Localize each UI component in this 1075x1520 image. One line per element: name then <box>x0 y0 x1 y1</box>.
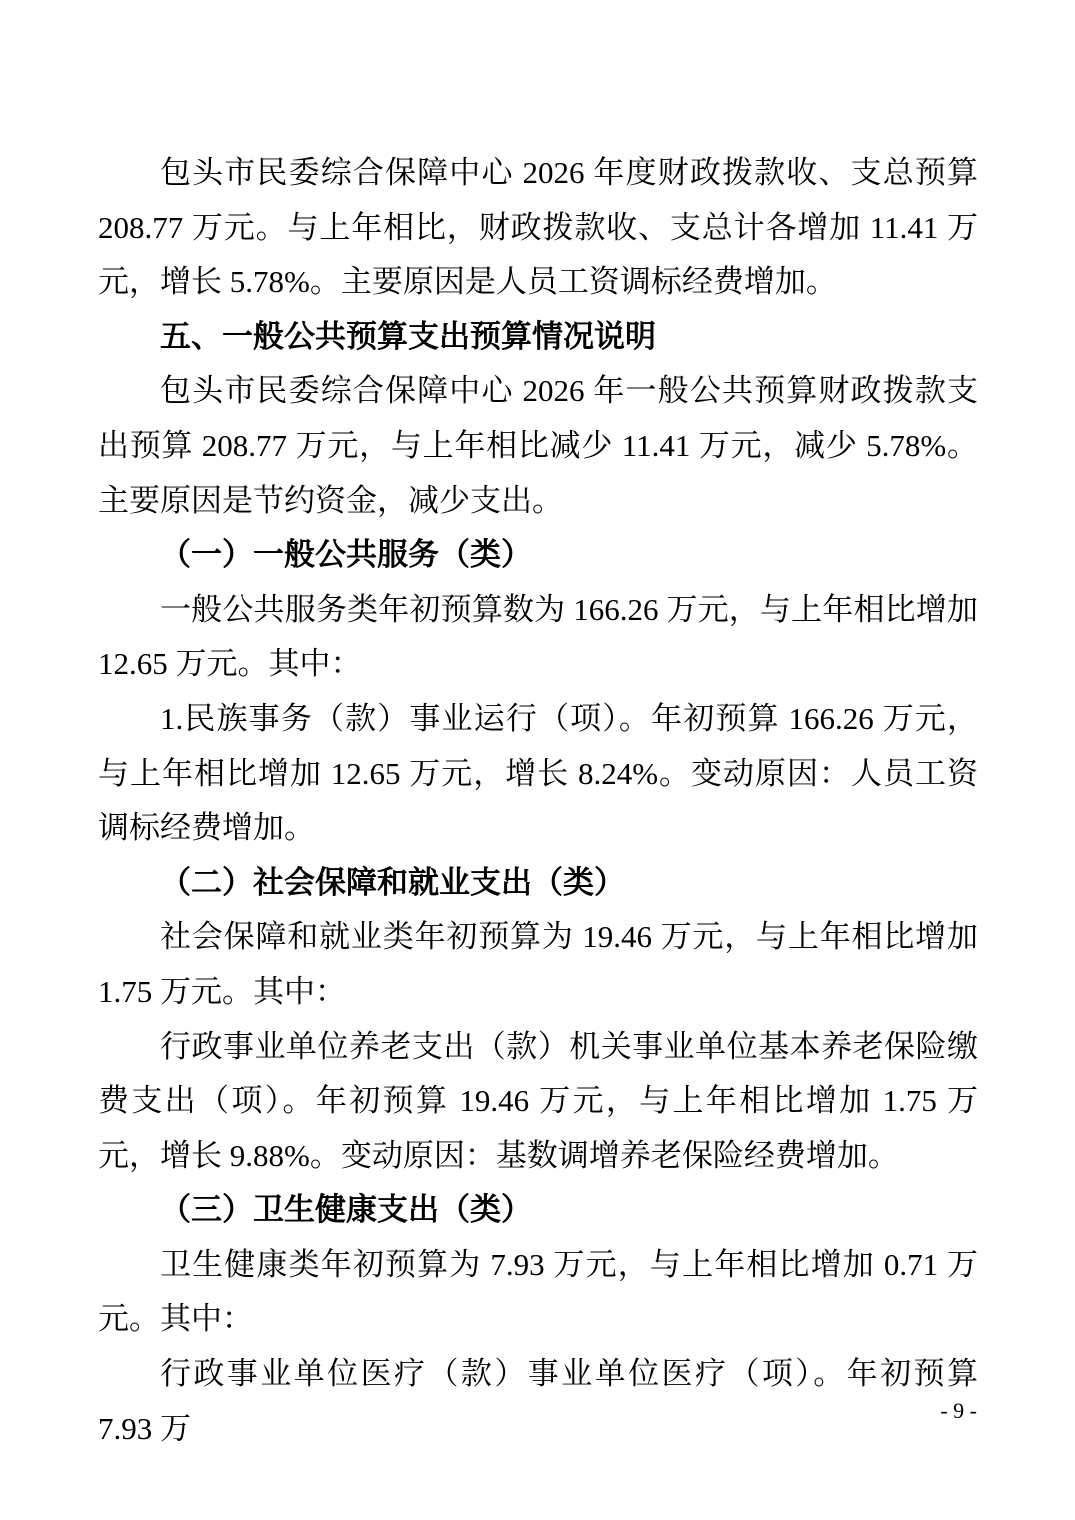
subsection-heading: （三）卫生健康支出（类） <box>98 1183 978 1238</box>
body-paragraph: 行政事业单位养老支出（款）机关事业单位基本养老保险缴费支出（项）。年初预算 19… <box>98 1020 978 1184</box>
subsection-heading: （二）社会保障和就业支出（类） <box>98 856 978 911</box>
body-paragraph: 一般公共服务类年初预算数为 166.26 万元，与上年相比增加 12.65 万元… <box>98 583 978 692</box>
document-body: 包头市民委综合保障中心 2026 年度财政拨款收、支总预算 208.77 万元。… <box>98 146 978 1456</box>
body-paragraph: 卫生健康类年初预算为 7.93 万元，与上年相比增加 0.71 万元。其中： <box>98 1238 978 1347</box>
body-paragraph: 包头市民委综合保障中心 2026 年度财政拨款收、支总预算 208.77 万元。… <box>98 146 978 310</box>
section-heading: 五、一般公共预算支出预算情况说明 <box>98 310 978 365</box>
body-paragraph: 1.民族事务（款）事业运行（项）。年初预算 166.26 万元，与上年相比增加 … <box>98 692 978 856</box>
body-paragraph: 行政事业单位医疗（款）事业单位医疗（项）。年初预算 7.93 万 <box>98 1347 978 1456</box>
subsection-heading: （一）一般公共服务（类） <box>98 528 978 583</box>
body-paragraph: 包头市民委综合保障中心 2026 年一般公共预算财政拨款支出预算 208.77 … <box>98 364 978 528</box>
document-page: 包头市民委综合保障中心 2026 年度财政拨款收、支总预算 208.77 万元。… <box>0 0 1075 1520</box>
page-number: - 9 - <box>940 1398 977 1424</box>
body-paragraph: 社会保障和就业类年初预算为 19.46 万元，与上年相比增加 1.75 万元。其… <box>98 910 978 1019</box>
